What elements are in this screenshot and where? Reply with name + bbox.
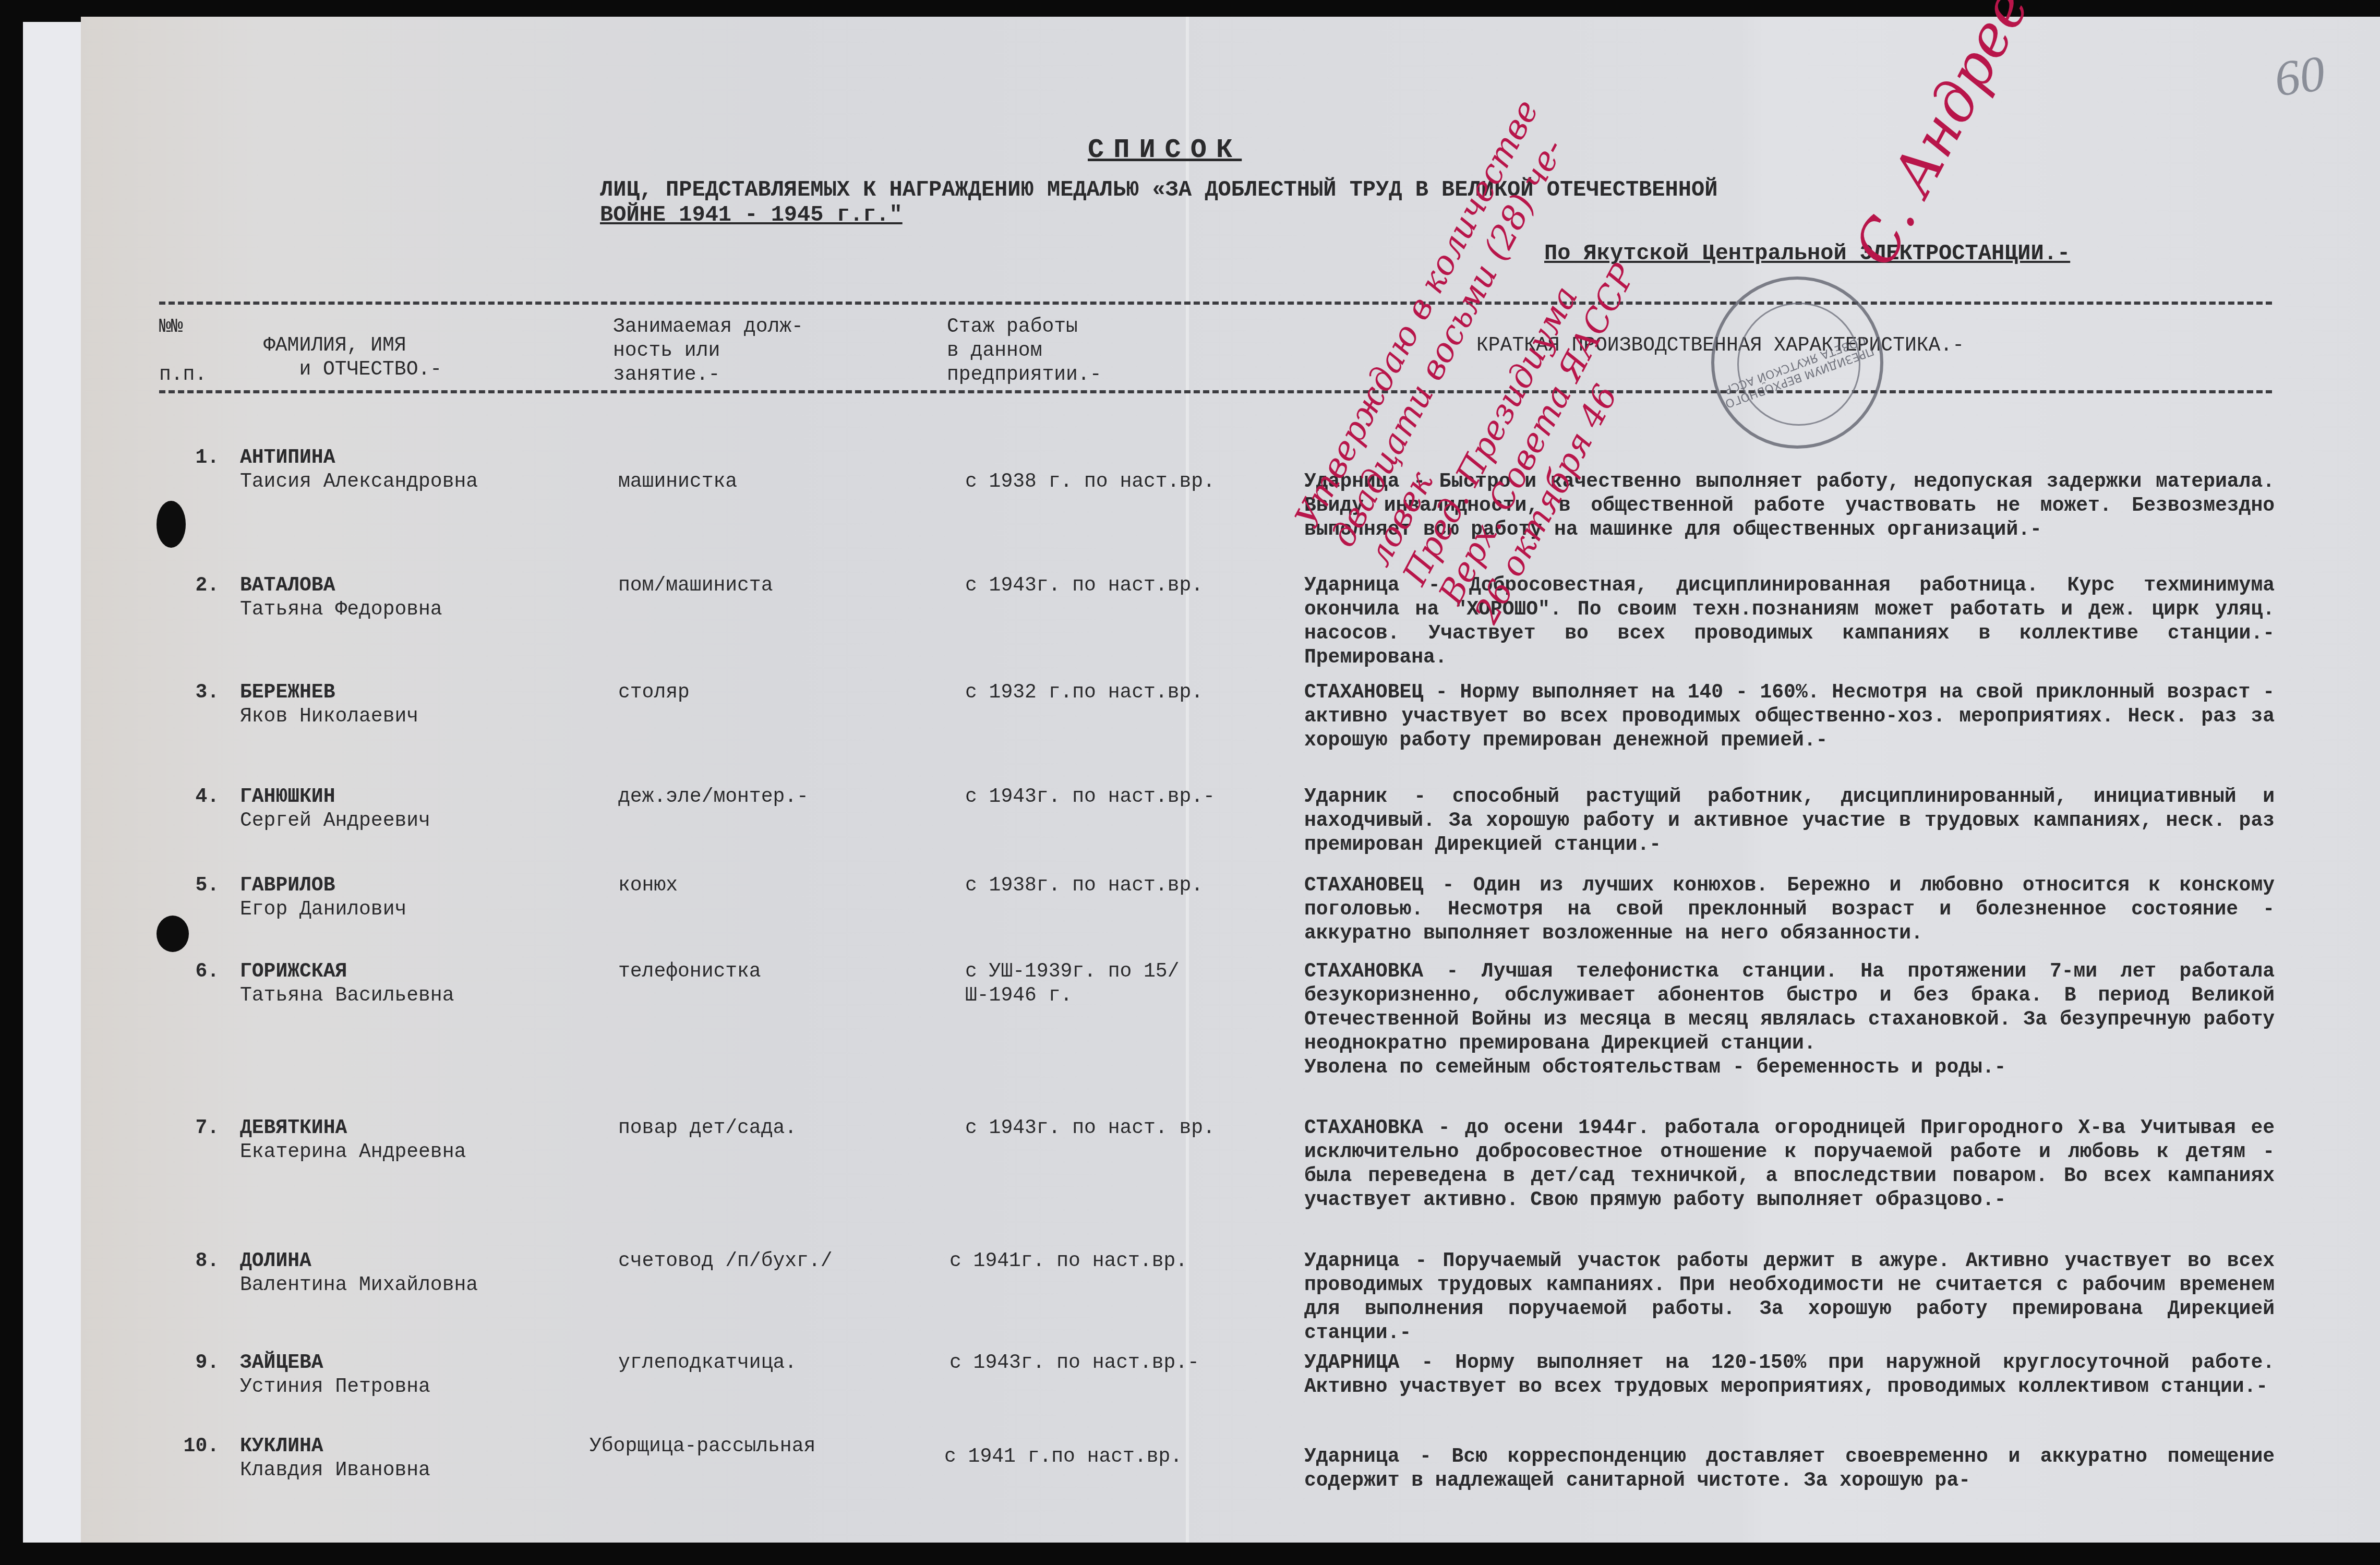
header-number: №№ п.п. <box>159 315 207 387</box>
row-tenure: с 1943г. по наст.вр.- <box>965 785 1299 809</box>
document-title: СПИСОК <box>1088 135 1242 165</box>
given-names: Таисия Александровна <box>240 470 595 494</box>
given-names: Валентина Михайловна <box>240 1273 595 1297</box>
row-tenure: с 1938г. по наст.вр. <box>965 874 1299 898</box>
surname: АНТИПИНА <box>240 446 595 470</box>
surname: ГАВРИЛОВ <box>240 874 595 898</box>
row-description: Ударник - способный растущий работник, д… <box>1304 785 2275 857</box>
given-names: Татьяна Васильевна <box>240 984 595 1008</box>
row-tenure: с 1943г. по наст.вр.- <box>949 1351 1283 1375</box>
row-tenure: с 1941г. по наст.вр. <box>949 1249 1283 1273</box>
row-name: ВАТАЛОВАТатьяна Федоровна <box>240 574 595 622</box>
surname: ДЕВЯТКИНА <box>240 1116 595 1140</box>
surname: ГОРИЖСКАЯ <box>240 960 595 984</box>
row-number: 1. <box>177 446 219 470</box>
stamp-text: ПРЕЗИДИУМ ВЕРХОВНОГО СОВЕТА ЯКУТСКОЙ АСС… <box>1715 330 1880 412</box>
given-names: Егор Данилович <box>240 898 595 922</box>
given-names: Устиния Петровна <box>240 1375 595 1399</box>
row-description: Ударница - Всю корреспонденцию доставляе… <box>1304 1445 2275 1493</box>
row-position: счетовод /п/бухг./ <box>618 1249 942 1273</box>
row-position: Уборщица-рассыльная <box>590 1435 913 1459</box>
row-number: 3. <box>177 681 219 705</box>
row-tenure: с 1932 г.по наст.вр. <box>965 681 1299 705</box>
row-description: СТАХАНОВЕЦ - Норму выполняет на 140 - 16… <box>1304 681 2275 753</box>
row-name: ДОЛИНАВалентина Михайловна <box>240 1249 595 1297</box>
punch-hole <box>157 501 186 548</box>
row-name: ГОРИЖСКАЯТатьяна Васильевна <box>240 960 595 1008</box>
given-names: Клавдия Ивановна <box>240 1459 595 1483</box>
given-names: Яков Николаевич <box>240 705 595 729</box>
row-number: 6. <box>177 960 219 984</box>
surname: ВАТАЛОВА <box>240 574 595 598</box>
folio-number: 60 <box>2271 44 2329 108</box>
row-position: телефонистка <box>618 960 942 984</box>
surname: ЗАЙЦЕВА <box>240 1351 595 1375</box>
row-description: Ударница - Поручаемый участок работы дер… <box>1304 1249 2275 1345</box>
row-tenure: с УШ-1939г. по 15/Ш-1946 г. <box>965 960 1184 1008</box>
row-number: 10. <box>177 1435 219 1459</box>
row-tenure: с 1943г. по наст. вр. <box>965 1116 1299 1140</box>
row-name: БЕРЕЖНЕВЯков Николаевич <box>240 681 595 729</box>
row-number: 4. <box>177 785 219 809</box>
row-name: КУКЛИНАКлавдия Ивановна <box>240 1435 595 1483</box>
header-position: Занимаемая долж- ность или занятие.- <box>613 315 803 387</box>
row-position: повар дет/сада. <box>618 1116 942 1140</box>
row-position: машинистка <box>618 470 942 494</box>
surname: ДОЛИНА <box>240 1249 595 1273</box>
row-tenure: с 1941 г.по наст.вр. <box>944 1445 1278 1469</box>
row-name: ГАВРИЛОВЕгор Данилович <box>240 874 595 922</box>
header-tenure: Стаж работы в данном предприятии.- <box>947 315 1101 387</box>
table-rule-top <box>159 302 2272 305</box>
row-name: ЗАЙЦЕВАУстиния Петровна <box>240 1351 595 1399</box>
row-position: деж.эле/монтер.- <box>618 785 942 809</box>
header-name: ФАМИЛИЯ, ИМЯ и ОТЧЕСТВО.- <box>263 334 442 382</box>
row-position: столяр <box>618 681 942 705</box>
row-number: 7. <box>177 1116 219 1140</box>
given-names: Сергей Андреевич <box>240 809 595 833</box>
row-number: 9. <box>177 1351 219 1375</box>
row-description: СТАХАНОВЕЦ - Один из лучших конюхов. Бер… <box>1304 874 2275 946</box>
row-description: СТАХАНОВКА - Лучшая телефонистка станции… <box>1304 960 2275 1080</box>
row-name: ГАНЮШКИНСергей Андреевич <box>240 785 595 833</box>
given-names: Екатерина Андреевна <box>240 1140 595 1164</box>
row-description: УДАРНИЦА - Норму выполняет на 120-150% п… <box>1304 1351 2275 1399</box>
row-number: 5. <box>177 874 219 898</box>
row-position: пом/машиниста <box>618 574 942 598</box>
row-position: конюх <box>618 874 942 898</box>
row-number: 2. <box>177 574 219 598</box>
row-number: 8. <box>177 1249 219 1273</box>
surname: БЕРЕЖНЕВ <box>240 681 595 705</box>
official-stamp: ПРЕЗИДИУМ ВЕРХОВНОГО СОВЕТА ЯКУТСКОЙ АСС… <box>1711 276 1883 449</box>
given-names: Татьяна Федоровна <box>240 598 595 622</box>
table-rule-bottom <box>159 390 2272 393</box>
surname: КУКЛИНА <box>240 1435 595 1459</box>
row-description: СТАХАНОВКА - до осени 1944г. работала ог… <box>1304 1116 2275 1212</box>
row-tenure: с 1943г. по наст.вр. <box>965 574 1299 598</box>
row-name: АНТИПИНАТаисия Александровна <box>240 446 595 494</box>
surname: ГАНЮШКИН <box>240 785 595 809</box>
row-position: углеподкатчица. <box>618 1351 942 1375</box>
row-tenure: с 1938 г. по наст.вр. <box>965 470 1299 494</box>
punch-hole <box>157 916 189 952</box>
row-name: ДЕВЯТКИНАЕкатерина Андреевна <box>240 1116 595 1164</box>
